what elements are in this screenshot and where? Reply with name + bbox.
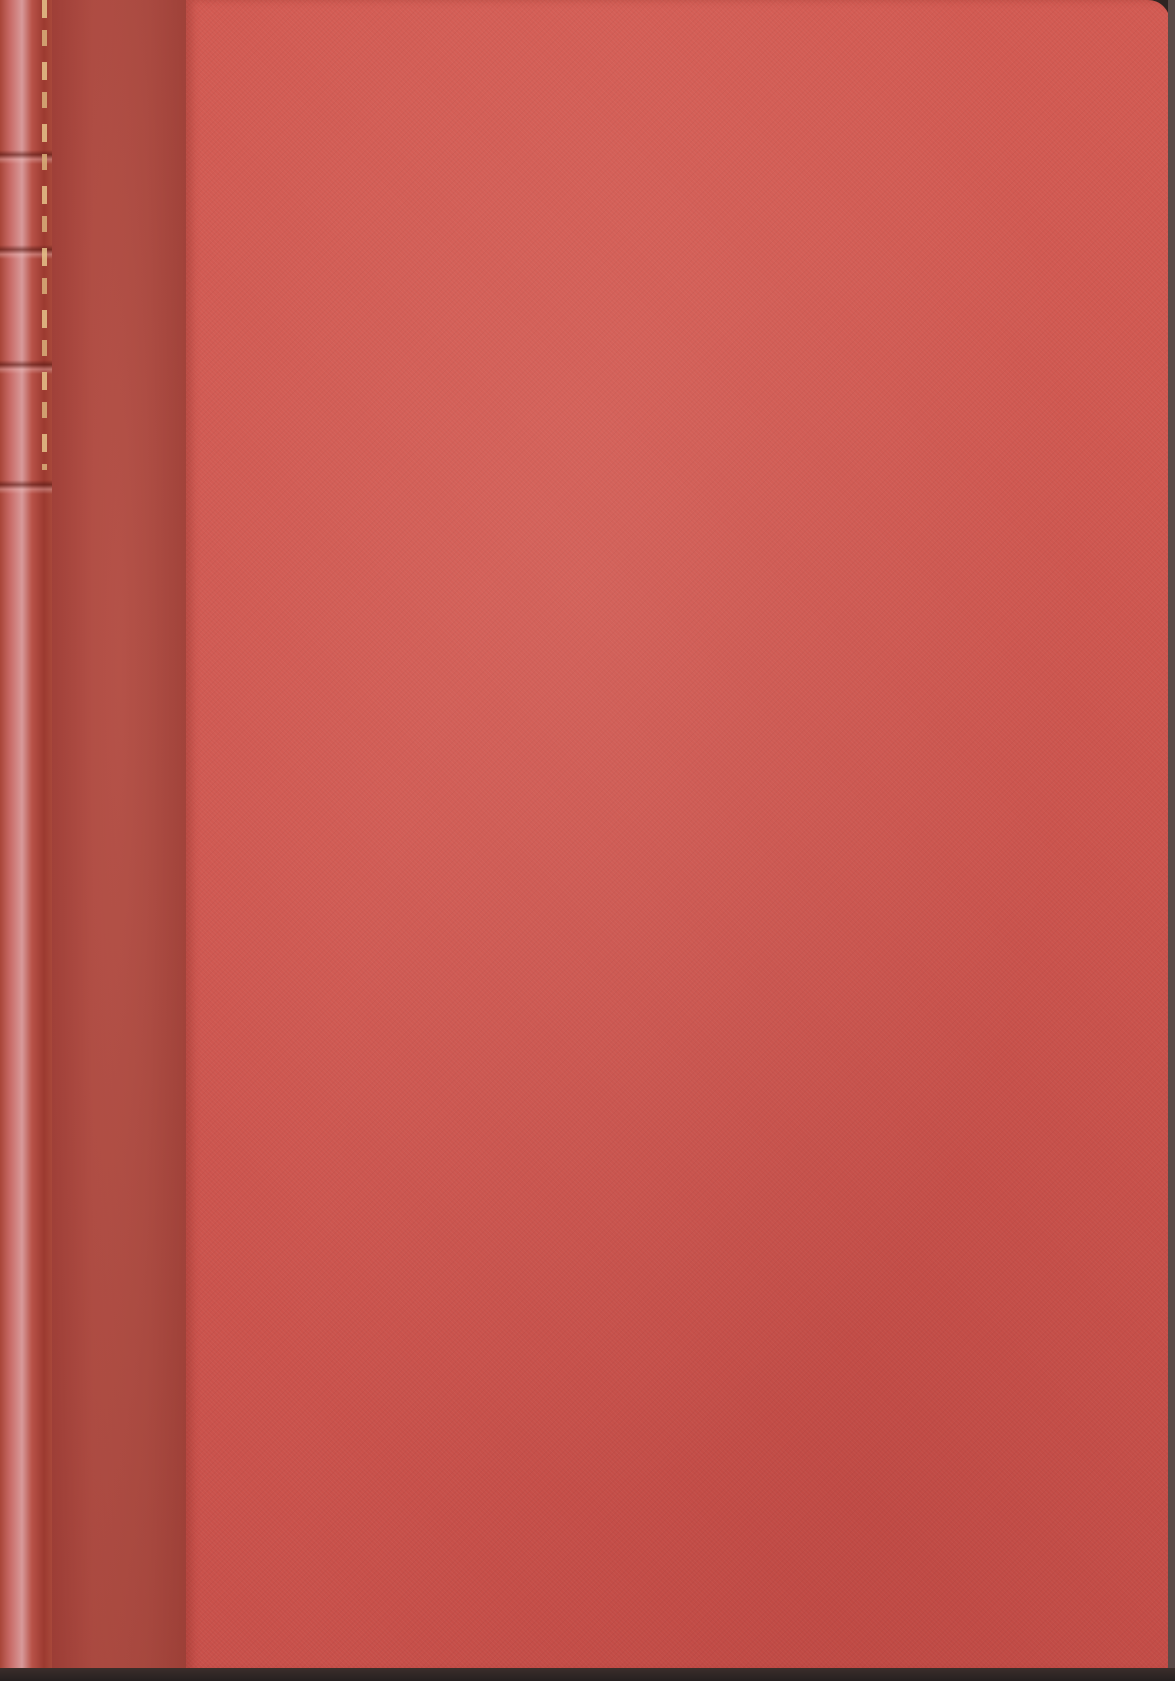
leather-spine: [0, 0, 58, 1670]
spine-ridge: [0, 480, 58, 494]
background-edge-bottom: [0, 1668, 1175, 1681]
spine-ridge: [0, 360, 58, 374]
background-edge: [1168, 0, 1175, 1681]
spine-ridge: [0, 245, 58, 259]
gilt-edge-wear: [42, 0, 47, 470]
cloth-spine-band: [52, 0, 188, 1672]
book-photo: [0, 0, 1175, 1681]
spine-ridge: [0, 150, 58, 164]
front-cover-cloth: [186, 0, 1170, 1672]
